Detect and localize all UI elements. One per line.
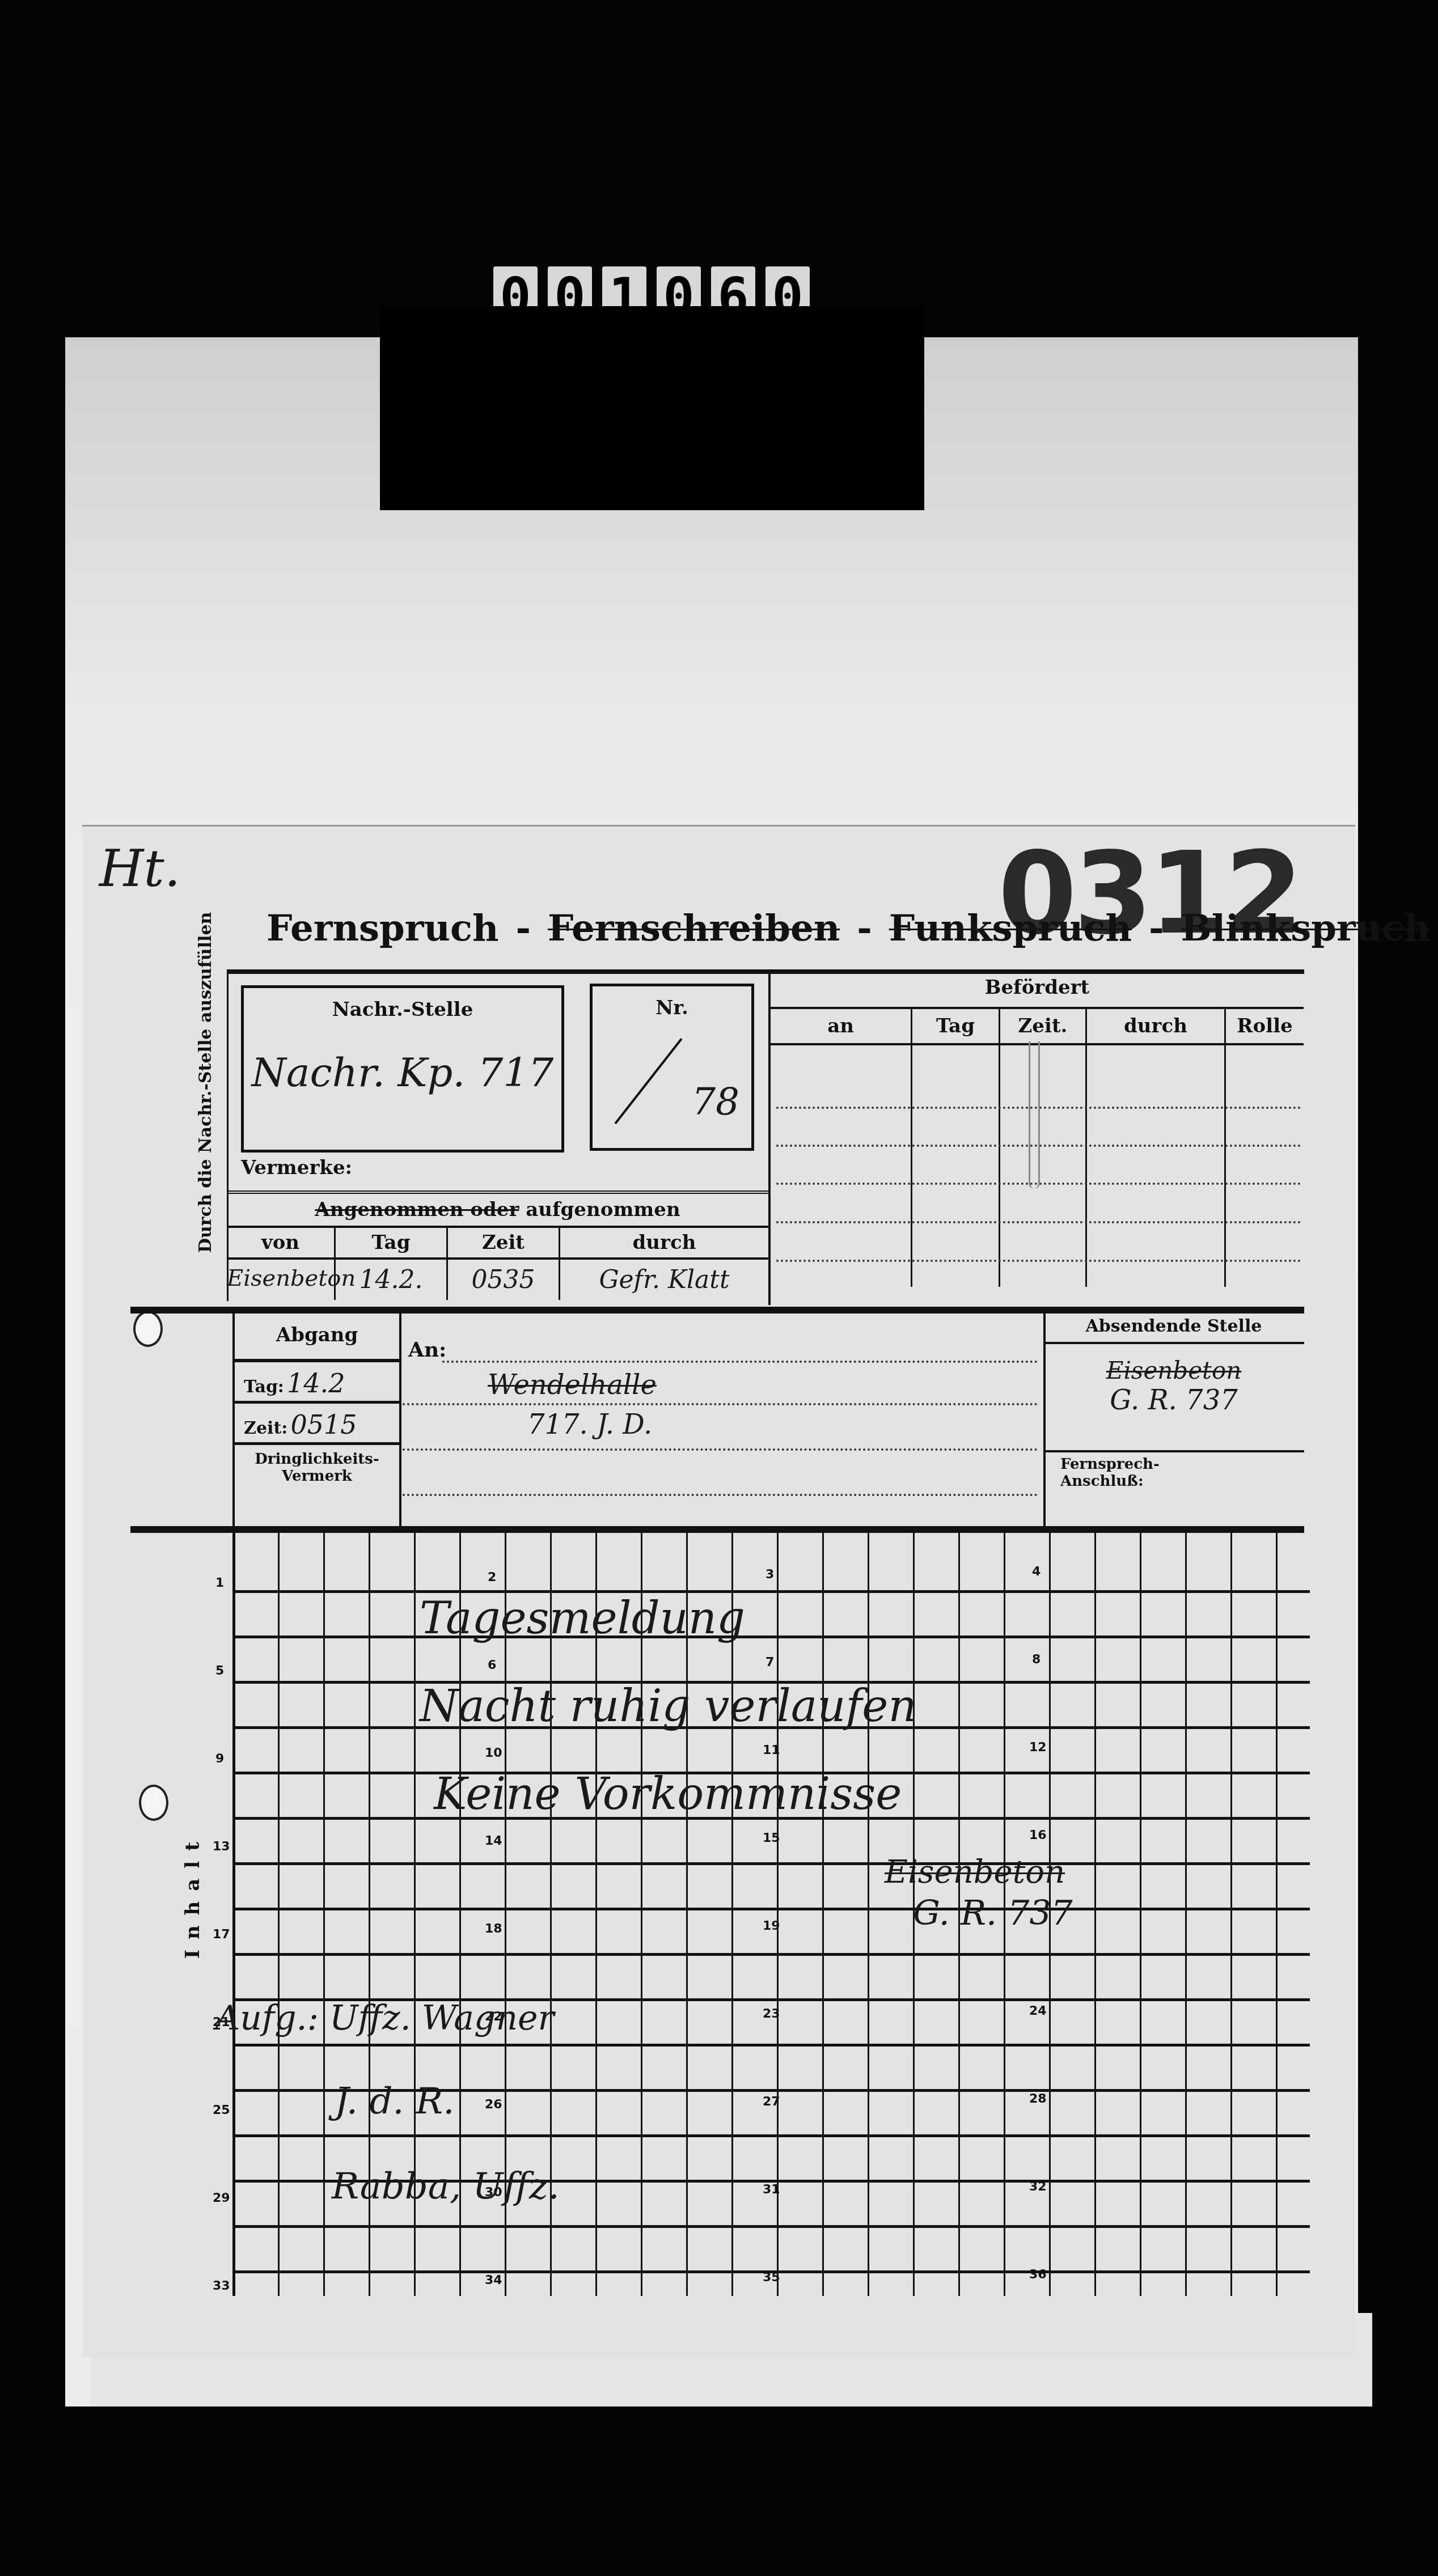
an-struck-value: Wendelhalle <box>488 1369 657 1401</box>
punch-hole-icon <box>133 1311 163 1347</box>
pencil-mark <box>1029 1041 1040 1189</box>
befoerdert-title: Befördert <box>771 976 1304 999</box>
abgang-zeit-label: Zeit: <box>244 1418 287 1438</box>
message-signature: G. R. 737 <box>913 1893 1073 1933</box>
befoerdert-col-durch: durch <box>1087 1009 1226 1287</box>
nr-value: 78 <box>692 1080 739 1124</box>
angenommen-table: Angenommen oder aufgenommen von Tag Zeit… <box>227 1190 768 1304</box>
an-value: 717. J. D. <box>527 1409 652 1440</box>
grid-number: 13 <box>213 1840 230 1854</box>
form-type-title: Fernspruch - Fernschreiben - Funkspruch … <box>267 907 1431 950</box>
binder-clip <box>380 306 924 510</box>
abgang-title: Abgang <box>235 1324 399 1346</box>
befoerdert-col-tag: Tag <box>912 1009 1000 1287</box>
form-type-funkspruch: Funkspruch <box>889 907 1132 950</box>
grid-number: 4 <box>1032 1565 1041 1579</box>
grid-number: 17 <box>213 1927 230 1942</box>
angenommen-durch: Gefr. Klatt <box>560 1260 768 1300</box>
grid-number: 7 <box>765 1655 774 1670</box>
grid-number: 33 <box>213 2279 230 2293</box>
befoerdert-col-rolle: Rolle <box>1226 1009 1304 1287</box>
grid-number: 6 <box>488 1658 496 1672</box>
grid-number: 36 <box>1029 2268 1047 2282</box>
grid-number: 24 <box>1029 2004 1047 2018</box>
col-durch: durch <box>560 1228 768 1257</box>
col-von: von <box>227 1228 336 1257</box>
form-type-fernschreiben: Fernschreiben <box>548 907 840 950</box>
punch-hole-icon <box>139 1785 168 1821</box>
grid-number: 1 <box>215 1576 224 1590</box>
footer-line-signature: Rabba, Uffz. <box>332 2166 560 2208</box>
grid-number: 26 <box>485 2098 502 2112</box>
angenommen-tag: 14.2. <box>336 1260 448 1300</box>
form-type-blinkspruch: Blinkspruch <box>1181 907 1431 950</box>
grid-number: 35 <box>763 2270 780 2285</box>
angenommen-struck-label: Angenommen oder <box>315 1198 519 1221</box>
grid-number: 18 <box>485 1922 502 1936</box>
fernsprech-label: Fernsprech-Anschluß: <box>1043 1452 1179 1493</box>
form-type-fernspruch: Fernspruch <box>267 907 498 950</box>
message-line: Nacht ruhig verlaufen <box>420 1681 917 1732</box>
grid-number: 31 <box>763 2183 780 2197</box>
grid-number: 10 <box>485 1746 502 1760</box>
angenommen-zeit: 0535 <box>448 1260 560 1300</box>
col-zeit: Zeit <box>448 1228 560 1257</box>
angenommen-von: Eisenbeton <box>227 1260 336 1300</box>
footer-line-idr: J. d. R. <box>335 2081 455 2122</box>
absendende-stelle-box: Absendende Stelle Eisenbeton G. R. 737 F… <box>1043 1310 1304 1531</box>
absendende-stelle-struck: Eisenbeton <box>1043 1357 1304 1384</box>
absendende-stelle-value: G. R. 737 <box>1043 1384 1304 1416</box>
vermerke-label: Vermerke: <box>241 1156 352 1179</box>
grid-number: 2 <box>488 1570 496 1584</box>
befoerdert-col-an: an <box>771 1009 912 1287</box>
side-instruction: Durch die Nachr.-Stelle auszufüllen <box>196 912 215 1253</box>
nr-box: Nr. 78 <box>590 984 754 1151</box>
nachr-stelle-value: Nachr. Kp. 717 <box>244 1049 561 1096</box>
befoerdert-col-zeit: Zeit. <box>1000 1009 1087 1287</box>
message-line: Keine Vorkommnisse <box>434 1769 902 1820</box>
grid-number: 16 <box>1029 1828 1047 1842</box>
grid-number: 32 <box>1029 2180 1047 2194</box>
aufgenommen-label: aufgenommen <box>526 1198 680 1221</box>
grid-number: 9 <box>215 1752 224 1766</box>
abgang-tag-label: Tag: <box>244 1377 284 1397</box>
nr-slash <box>614 1038 682 1124</box>
col-tag: Tag <box>336 1228 448 1257</box>
abgang-tag-value: 14.2 <box>287 1368 345 1399</box>
abgang-box: Abgang Tag: 14.2 Zeit: 0515 Dringlichkei… <box>232 1312 401 1531</box>
grid-number: 23 <box>763 2007 780 2021</box>
grid-number: 15 <box>763 1831 780 1845</box>
grid-number: 28 <box>1029 2092 1047 2106</box>
grid-number: 8 <box>1032 1653 1041 1667</box>
grid-number: 12 <box>1029 1740 1047 1755</box>
message-line: Tagesmeldung <box>420 1593 745 1644</box>
grid-number: 25 <box>213 2103 230 2117</box>
grid-number: 5 <box>215 1664 224 1678</box>
footer-line-aufgegeben: Aufg.: Uffz. Wagner <box>215 1998 554 2038</box>
an-box: An: Wendelhalle 717. J. D. <box>397 1312 1046 1531</box>
dringlichkeit-label: Dringlichkeits-Vermerk <box>235 1445 399 1490</box>
corner-initial: Ht. <box>99 839 180 899</box>
inhalt-grid: 1 2 3 4 5 6 7 8 9 10 11 12 13 14 15 16 1… <box>232 1531 1310 2296</box>
nr-label: Nr. <box>593 997 751 1019</box>
angenommen-value-row: Eisenbeton 14.2. 0535 Gefr. Klatt <box>227 1260 768 1300</box>
grid-number: 3 <box>765 1567 774 1582</box>
grid-number: 14 <box>485 1834 502 1848</box>
nachr-stelle-label: Nachr.-Stelle <box>244 998 561 1021</box>
grid-number: 19 <box>763 1919 780 1933</box>
absendende-stelle-title: Absendende Stelle <box>1043 1316 1304 1336</box>
grid-number: 27 <box>763 2095 780 2109</box>
abgang-zeit-value: 0515 <box>290 1409 357 1440</box>
grid-number: 11 <box>763 1743 780 1757</box>
nachr-stelle-box: Nachr.-Stelle Nachr. Kp. 717 <box>241 985 564 1153</box>
an-label: An: <box>408 1338 446 1362</box>
grid-number: 34 <box>485 2273 502 2287</box>
message-signature-struck: Eisenbeton <box>885 1854 1065 1891</box>
inhalt-side-label: Inhalt <box>181 1832 204 1959</box>
grid-number: 29 <box>213 2191 230 2205</box>
befoerdert-table: Befördert an Tag Zeit. durch Rolle <box>768 971 1304 1305</box>
angenommen-header-row: von Tag Zeit durch <box>227 1228 768 1257</box>
